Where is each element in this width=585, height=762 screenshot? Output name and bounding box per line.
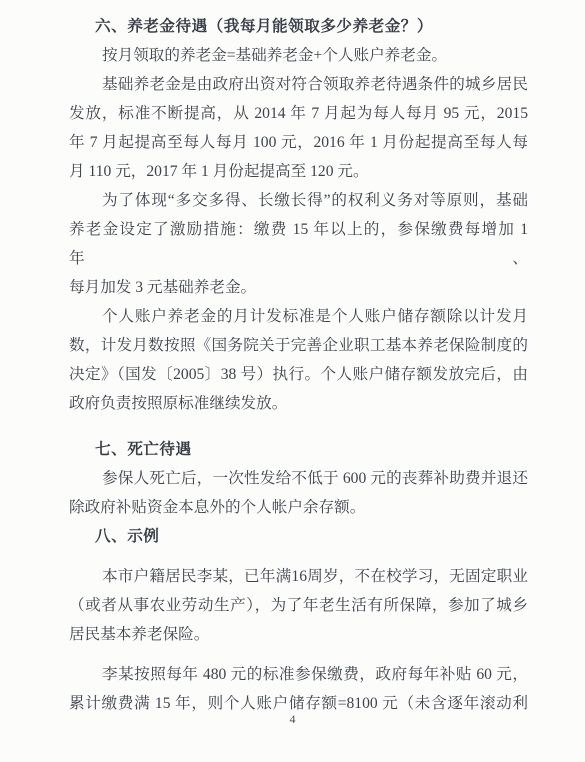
body-line: 按月领取的养老金=基础养老金+个人账户养老金。 — [69, 41, 528, 70]
body-line: 本市户籍居民李某，已年满16周岁，不在校学习，无固定职业 — [69, 562, 528, 591]
section-heading-example: 八、示例 — [69, 522, 528, 551]
body-line: 个人账户养老金的月计发标准是个人账户储存额除以计发月 — [69, 302, 528, 331]
body-line: 参保人死亡后，一次性发给不低于 600 元的丧葬补助费并退还 — [69, 464, 528, 493]
body-line: 政府负责按照原标准继续发放。 — [69, 389, 528, 418]
body-line: 决定》（国发〔2005〕38 号）执行。个人账户储存额发放完后，由 — [69, 360, 528, 389]
section-heading-death-benefits: 七、死亡待遇 — [69, 435, 528, 464]
body-line: 为了体现“多交多得、长缴长得”的权利义务对等原则，基础 — [69, 186, 528, 215]
body-line: 基础养老金是由政府出资对符合领取养老待遇条件的城乡居民 — [69, 70, 528, 99]
body-line: 每月加发 3 元基础养老金。 — [69, 273, 528, 302]
body-line: （或者从事农业劳动生产），为了年老生活有所保障，参加了城乡 — [69, 591, 528, 620]
body-line: 居民基本养老保险。 — [69, 620, 528, 649]
body-line: 月 110 元，2017 年 1 月份起提高至 120 元。 — [69, 157, 528, 186]
body-line: 李某按照每年 480 元的标准参保缴费，政府每年补贴 60 元， — [69, 660, 528, 689]
section-heading-pension-benefits: 六、养老金待遇（我每月能领取多少养老金？） — [69, 12, 528, 41]
body-line: 数，计发月数按照《国务院关于完善企业职工基本养老保险制度的 — [69, 331, 528, 360]
body-line: 除政府补贴资金本息外的个人帐户余存额。 — [69, 493, 528, 522]
body-line: 年 7 月起提高至每人每月 100 元，2016 年 1 月份起提高至每人每 — [69, 128, 528, 157]
body-line: 发放，标准不断提高，从 2014 年 7 月起为每人每月 95 元，2015 — [69, 99, 528, 128]
document-page: 六、养老金待遇（我每月能领取多少养老金？） 按月领取的养老金=基础养老金+个人账… — [0, 0, 585, 762]
body-line: 养老金设定了激励措施：缴费 15 年以上的，参保缴费每增加 1 年、 — [69, 215, 528, 273]
page-number: 4 — [0, 711, 585, 727]
